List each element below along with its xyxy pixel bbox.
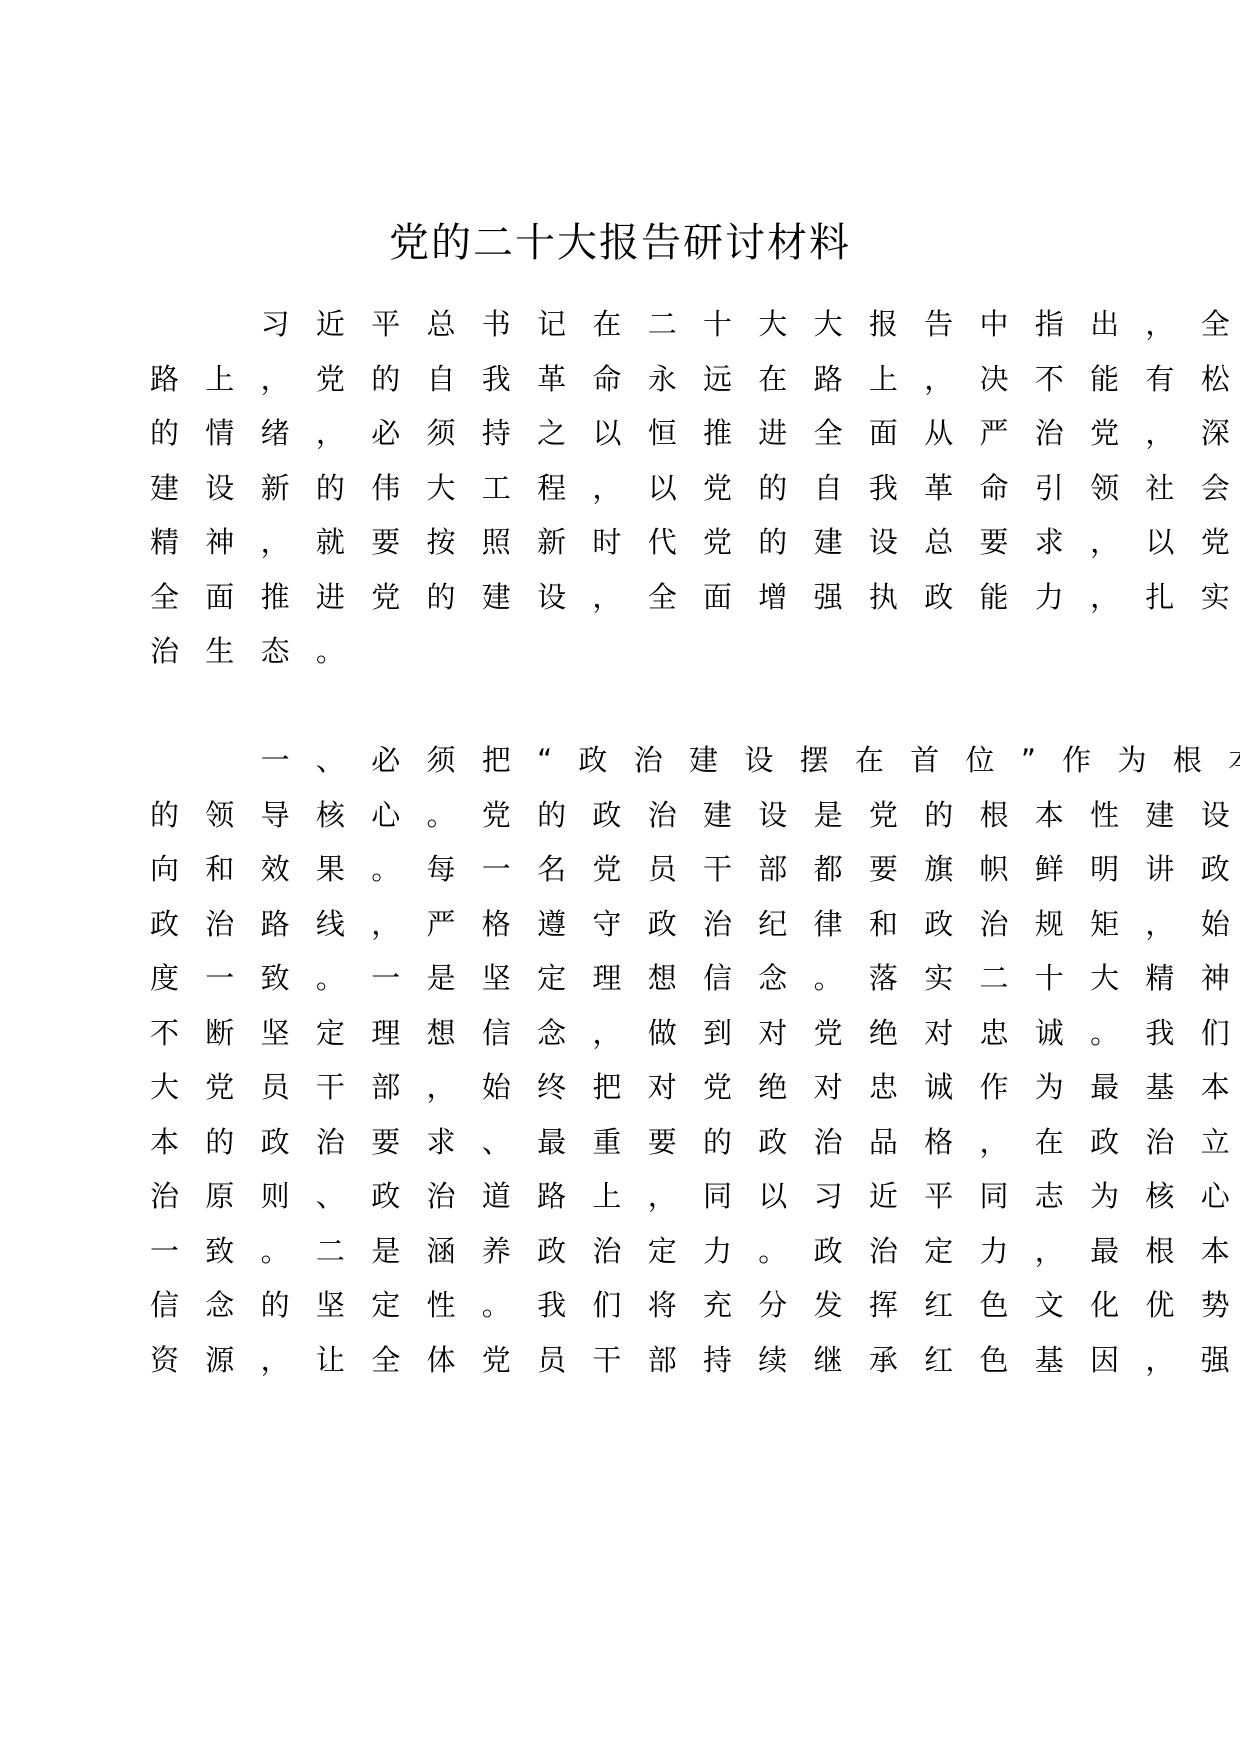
document-page: 党的二十大报告研讨材料 习近平总书记在二十大大报告中指出，全面从严治党永远在 路… [0,0,1240,1754]
text-line: 治原则、政治道路上，同以习近平同志为核心的党中央保持高度 [150,1169,990,1224]
document-title: 党的二十大报告研讨材料 [0,216,1240,270]
text-line: 的情绪，必须持之以恒推进全面从严治党，深入推进新时代党的 [150,406,990,461]
text-line: 全面推进党的建设，全面增强执政能力，扎实营造风清气正的政 [150,570,990,625]
text-line: 一、必须把“政治建设摆在首位”作为根本要求，坚决维护党 [150,733,990,788]
paragraph-section-one: 一、必须把“政治建设摆在首位”作为根本要求，坚决维护党 的领导核心。党的政治建设… [150,733,990,1387]
text-line: 向和效果。每一名党员干部都要旗帜鲜明讲政治，坚定执行党的 [150,842,990,897]
text-line: 度一致。一是坚定理想信念。落实二十大精神，第一位的就是要 [150,951,990,1006]
text-line: 信念的坚定性。我们将充分发挥红色文化优势，利用好本地红色 [150,1278,990,1333]
text-line: 建设新的伟大工程，以党的自我革命引领社会革命。落实二十大 [150,461,990,516]
text-line: 资源，让全体党员干部持续继承红色基因，强化党性锤炼，始终 [150,1333,990,1388]
text-line: 大党员干部，始终把对党绝对忠诚作为最基本的政治素养、最根 [150,1060,990,1115]
text-line: 精神，就要按照新时代党的建设总要求，以党的政治建设为统领 [150,515,990,570]
text-line: 习近平总书记在二十大大报告中指出，全面从严治党永远在 [150,297,990,352]
text-line: 本的政治要求、最重要的政治品格，在政治立场、政治方向、政 [150,1115,990,1170]
text-line: 政治路线，严格遵守政治纪律和政治规矩，始终同党中央保持高 [150,897,990,952]
text-line: 不断坚定理想信念，做到对党绝对忠诚。我们将继续教育引导广 [150,1006,990,1061]
document-body: 习近平总书记在二十大大报告中指出，全面从严治党永远在 路上，党的自我革命永远在路… [150,297,990,1442]
paragraph-intro: 习近平总书记在二十大大报告中指出，全面从严治党永远在 路上，党的自我革命永远在路… [150,297,990,679]
text-line: 一致。二是涵养政治定力。政治定力，最根本、最紧要的是理想 [150,1224,990,1279]
text-line: 治生态。 [150,624,990,679]
text-line: 的领导核心。党的政治建设是党的根本性建设，决定党的建设方 [150,788,990,843]
text-line: 路上，党的自我革命永远在路上，决不能有松劲歇脚、疲劳厌战 [150,352,990,407]
